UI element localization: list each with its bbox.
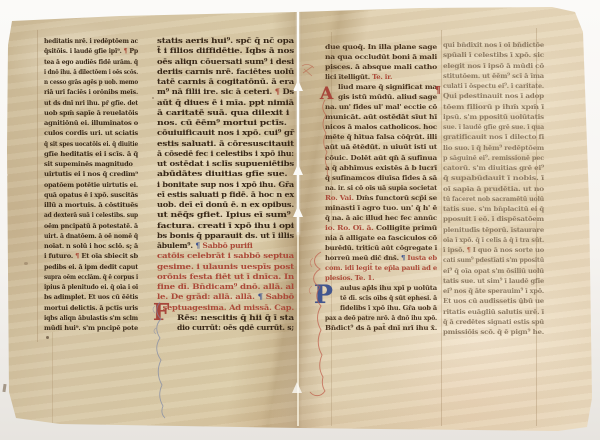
- rubric-text: Ro. Vai.: [325, 194, 354, 202]
- rubric-text: orōnis festa fiēt ut ī dnīca. In: [157, 272, 294, 281]
- ink-text: pisces. ā absque mali catho: [325, 63, 437, 71]
- rubric-text: Te. ir.: [372, 73, 392, 81]
- text-line: minasti ī agro tuo. un' q̄ h' ē: [325, 203, 437, 213]
- text-line: q̄ supabūdauit ī nobis. ī: [443, 173, 544, 183]
- text-line: uirt. ā dnatōem. ā oē nomē q̄: [44, 231, 138, 241]
- ink-text: aūt q̄ diues ē i mīa. ppt nimiā: [157, 98, 294, 107]
- ink-text: elegit nos ī ipsō ā mūdi cō: [443, 62, 544, 70]
- text-line: nicos ā malos catholicos. hoc: [325, 122, 437, 132]
- ink-text: opatōem potētie uirtutis ei.: [44, 181, 138, 189]
- text-line: q̄sitōis. i laudē gfīe ipī⁹. ¶ Pp: [44, 46, 138, 56]
- text-line: oī sapīa ā prudētia. ut no: [443, 184, 544, 194]
- text-line: le. De grād: allā. allā. ¶ Sabbō: [157, 292, 294, 302]
- ink-text: ābulem⁹.: [157, 241, 195, 250]
- text-line: na. un' fides ul' mal' ecctie cō: [325, 102, 437, 112]
- ink-text: bs adimplet. Et uos cū ēētis: [44, 293, 138, 301]
- ink-text: culos cordis uri. ut sciatis: [44, 129, 138, 137]
- ink-text: i dnō ihu. ā dilectōem i oēs scōs.: [44, 68, 138, 76]
- text-line: Et uos cū audissetis ūbū ue: [443, 296, 544, 306]
- ink-text: Colligite primū: [374, 224, 437, 232]
- sewing-mark-icon: [292, 382, 302, 393]
- text-line: mortui delictis. ā pctīs uris: [44, 303, 138, 313]
- text-line: lici ītelligūt. Te. ir.: [325, 72, 437, 82]
- text-line: ābulem⁹. ¶ Sabbō purifi: [157, 241, 294, 251]
- ink-speck: [46, 336, 49, 339]
- ink-text: municāt. aūt ostēdāt sīut hī: [325, 113, 437, 121]
- text-line: plenitudīs tēporū. īstaurare: [443, 225, 544, 235]
- penwork-flourish-red-a: [318, 94, 332, 180]
- edge-tear-right: [592, 129, 599, 137]
- text-line: cōuic. Dolēt aūt qn̄ ā sufīnua: [325, 153, 437, 163]
- ink-speck: [152, 97, 154, 99]
- text-line: ī septuagesima. Ad missā. Cap.: [157, 303, 294, 313]
- ink-text: na. ir. si cō oīs uā supia societat: [325, 184, 437, 192]
- ink-text: q̄sitōis. i laudē gfīe ipī⁹.: [44, 47, 124, 55]
- text-line: spūali ī celestibs ī xpō. sic: [443, 50, 544, 60]
- stain-speck: [520, 302, 523, 304]
- ink-text: dio currūt: oēs qdē currūt. s;: [177, 323, 294, 332]
- ink-text: pax a deō patre nrō. ā dnō ihu xpō.: [325, 314, 437, 322]
- rubric-text: fine dī. Bn̄dicam⁹ dnō. allā. al: [157, 282, 294, 291]
- ruling-line-right-col2: [441, 30, 442, 426]
- text-line: qui bn̄dixit nos ī oī bn̄dictōe: [443, 40, 544, 50]
- ink-text: Bn̄dict⁹ ds ā pat̄ dnī nrī ihu x̄.: [325, 324, 437, 332]
- blue-text: ¶: [258, 292, 263, 301]
- text-line: ī ipsō. ¶ I quo ā nos sorte uo: [443, 245, 544, 255]
- ink-text: cōuiuificauit nos i xpō. cui⁹ gr̄: [157, 128, 294, 137]
- text-line: mēte q̄ hītua falsa cōq̄rūt. illi: [325, 132, 437, 142]
- text-line: uob spm̄ sapīe ā reuelatōis: [44, 108, 138, 118]
- ink-text: q̄ supabūdauit ī nobis. ī: [443, 174, 544, 182]
- text-line: noīat. n solū i hoc sclō. s; ā: [44, 241, 138, 251]
- text-line: plesios. Te. 1.: [325, 273, 437, 283]
- rubric-text: Sabbō purifi: [202, 241, 252, 250]
- text-line: fine dī. Bn̄dicam⁹ dnō. allā. al: [157, 282, 294, 292]
- text-line: tea ā ego audiēs fidē urām. q̄: [44, 57, 138, 67]
- ink-text: a q̄ abhīmus existēs ā b lucrī: [325, 164, 437, 172]
- ink-text: pposuit ī eō. ī dispēsatōem: [443, 215, 544, 223]
- manuscript-photo: heditatis nrē. i redēptōem acq̄sitōis. i…: [0, 0, 600, 440]
- ink-text: burēdū. triticū aūt cōgregate ī: [325, 244, 437, 252]
- text-line: opatōem potētie uirtutis ei.: [44, 180, 138, 190]
- text-line: catorū. s'm diuitias grē ei⁹: [443, 163, 544, 173]
- text-line: abūdātes diuitias gfīe sue.: [157, 169, 294, 179]
- text-line: ut nēq̄s gfiet. Ipius eī sum⁹: [157, 210, 294, 220]
- ink-text: na. un' fides ul' mal' ecctie cō: [325, 103, 437, 111]
- text-line: p sāguinē ei⁹. remissionē pec: [443, 153, 544, 163]
- ink-text: uob. deī eī donū ē. n ex opibus.: [157, 200, 294, 209]
- ink-text: nia ā alligate ea fasciculos cō: [325, 234, 437, 242]
- sewing-mark-icon: [293, 206, 303, 217]
- text-line: na qua occludūt boni ā mali: [325, 52, 437, 62]
- ink-text: tōem filiorū p ihm̄ xpm̄ ī: [443, 103, 544, 111]
- text-line: supra oēm ecclām. q̄ ē corpus i: [44, 272, 138, 282]
- sewing-hole: [2, 384, 6, 392]
- ink-text: deriis carnis nrē. faciētes uolū: [157, 67, 294, 76]
- text-line: gratificauit nos ī dilecto fi: [443, 132, 544, 142]
- text-line: ā cōsedē fec i celestibs i xpō ihu:: [157, 149, 294, 159]
- ink-text: Ds: [280, 87, 294, 96]
- text-line: tatis sue. s'm bn̄placitū ei q̄: [443, 204, 544, 214]
- crease-line-left-bottom: [52, 332, 53, 424]
- ink-text: ad dexterā suā i celestibs. sup: [44, 211, 138, 219]
- text-line: heditatis nrē. i redēptōem ac: [44, 36, 138, 46]
- text-line: elegit nos ī ipsō ā mūdi cō: [443, 61, 544, 71]
- text-line: ipsū. s'm ppositū uolūtatis: [443, 112, 544, 122]
- text-line: lio suo. ī q̄ hēm⁹ redēptōem: [443, 143, 544, 153]
- ink-text: uirt. ā dnatōem. ā oē nomē q̄: [44, 232, 138, 240]
- text-line: oīa ī xpō. q̄ ī celīs ā q̄ ī tra sūt.: [443, 235, 544, 245]
- penwork-flourish-blue: [147, 298, 173, 420]
- ink-text: culati ī ōspectu ei⁹. ī caritate.: [443, 82, 544, 90]
- center-fold-thread: [297, 11, 299, 235]
- text-line: pax a deō patre nrō. ā dnō ihu xpō.: [325, 313, 437, 323]
- ink-text: oīa ī xpō. q̄ ī celīs ā q̄ ī tra sūt.: [443, 236, 544, 244]
- text-line: ut ds dnī nri ihu. pr̄ gfīe. det: [44, 98, 138, 108]
- text-line: iqbs aliqn ābulastis s'm sclm: [44, 313, 138, 323]
- text-line: culos cordis uri. ut sciatis: [44, 128, 138, 138]
- ink-text: sue. ī laudē gfīe grē sue. ī qua: [443, 123, 544, 131]
- ink-text: supra oēm ecclām. q̄ ē corpus i: [44, 273, 138, 281]
- text-line: ad dexterā suā i celestibs. sup: [44, 210, 138, 220]
- text-line: Ro. Vai. Dm̄s functorū scp̄i se: [325, 193, 437, 203]
- ink-text: p sāguinē ei⁹. remissionē pec: [443, 154, 544, 162]
- ink-text: ā caritatē suā. qua dilexit i: [157, 108, 289, 117]
- text-line: deriis carnis nrē. faciētes uolū: [157, 67, 294, 77]
- text-line: stitutōem. ut ēēm⁹ scī ā īma: [443, 71, 544, 81]
- ink-text: ipsū. s'm ppositū uolūtatis: [443, 113, 544, 121]
- text-line: i bonitate sup nos i xpō ihu. Gr̄a: [157, 180, 294, 190]
- ink-text: estis saluati. ā cōresuscitauit: [157, 139, 294, 148]
- ink-text: agnitiōnū ei. illuminatos o: [44, 119, 138, 127]
- ink-text: gis istū mūdū. aliud sage: [338, 93, 437, 101]
- text-line: pmissiōis scō. q̄ ē pign⁹ he.: [443, 327, 544, 337]
- ink-text: eī estis saluati p fidē. ā hoc n ex: [157, 190, 294, 199]
- ink-text: lio suo. ī q̄ hēm⁹ redēptōem: [443, 144, 544, 152]
- ink-text: noīat. n solū i hoc sclō. s; ā: [44, 242, 138, 250]
- text-line: na. ir. si cō oīs uā supia societat: [325, 183, 437, 193]
- ink-text: aulus ap̄ls ihu xpī p uolūta: [340, 284, 437, 292]
- text-line: agnitiōnū ei. illuminatos o: [44, 118, 138, 128]
- text-line: liud mare q̄ significat ma: [325, 82, 437, 92]
- text-line: statis aeris hui⁹. spc̄ q̄ nc̄ opa: [157, 36, 294, 46]
- ink-text: Qui pdestinauit nos ī adop: [443, 92, 544, 100]
- text-line: orōnis festa fiēt ut ī dnīca. In: [157, 272, 294, 282]
- ink-text: horreū meū dic̄ dns̄.: [325, 254, 401, 262]
- rubric-text: ī septuagesima. Ad missā. Cap.: [157, 303, 294, 312]
- text-line: tatis sue. ut sim⁹ ī laudē gfīe: [443, 276, 544, 286]
- ink-text: I quo ā nos sorte uo: [471, 246, 544, 254]
- text-line: eī estis saluati p fidē. ā hoc n ex: [157, 190, 294, 200]
- ink-text: mortui delictis. ā pctīs uris: [44, 304, 138, 312]
- text-line: io. Ro. Oī. ā. Colligite primū: [325, 223, 437, 233]
- text-line: q̄ sit spes uocatōis ei. q̄ diuitie: [44, 139, 138, 149]
- text-line: horreū meū dic̄ dns̄. ¶ Iusta eb: [325, 253, 437, 263]
- ink-text: minasti ī agro tuo. un' q̄ h' ē: [325, 204, 437, 212]
- ink-text: gratificauit nos ī dilecto fi: [443, 133, 544, 141]
- right-column-1: due quoq̄. In illa plane sagena qua occl…: [325, 42, 437, 333]
- ink-text: ut ostēdat i sclīs supueniētibs: [157, 159, 294, 168]
- ink-text: Et oīa sbiecit sb: [79, 252, 138, 260]
- ink-text: gfīe heditatis ei i scīs. ā q̄: [44, 150, 138, 158]
- ink-text: nicos ā malos catholicos. hoc: [325, 123, 437, 131]
- text-line: oēs aliqn cōuersati sum⁹ i desi: [157, 57, 294, 67]
- text-line: ipius ā plenitudo ei. q̄ oīa i oī: [44, 282, 138, 292]
- text-line: aulus ap̄ls ihu xpī p uolūta: [325, 283, 437, 293]
- text-line: tē dī. scīs oībs q̄ sūt ephesi. ā: [325, 293, 437, 303]
- text-line: q̄ ā credētes signati estis spū: [443, 317, 544, 327]
- text-line: q̄ na. ā aīc illud hec fec annūc: [325, 213, 437, 223]
- rubric-text: Iusta eb: [407, 254, 437, 262]
- text-line: factura. creati ī xpō ihu i opi: [157, 221, 294, 231]
- ink-text: quā opatus ē i xpō. suscitās: [44, 191, 138, 199]
- text-line: illū a mortuis. ā cōstituēs: [44, 200, 138, 210]
- rubric-pilcrow-mark: ¶: [435, 87, 441, 96]
- ink-text: tatē carnis ā cogitatōnū. ā era: [157, 77, 294, 86]
- text-line: tōem filiorū p ihm̄ xpm̄ ī: [443, 102, 544, 112]
- text-line: fidelibs ī xpō ihu. Gr̄a uob ā: [325, 303, 437, 313]
- ink-text: i bonitate sup nos i xpō ihu. Gr̄a: [157, 180, 294, 189]
- ink-text: tē dī. scīs oībs q̄ sūt ephesi. ā: [340, 294, 437, 302]
- text-line: pedibs ei. ā ipm dedit caput: [44, 262, 138, 272]
- text-line: com. idi legit̄ te ep̄la pauli ad e: [325, 263, 437, 273]
- ink-text: oī sapīa ā prudētia. ut no: [443, 185, 544, 193]
- text-line: Rēs: nescitis q̄ hii q̄ ī sta: [157, 313, 294, 323]
- rubric-text: catōis celebrāt i sabbō septua: [157, 251, 294, 260]
- ink-text: na qua occludūt boni ā mali: [325, 53, 437, 61]
- text-line: due quoq̄. In illa plane sage: [325, 42, 437, 52]
- ink-text: Rēs: nescitis q̄ hii q̄ ī sta: [177, 313, 294, 322]
- ink-text: riā uri faciēs i orōnibs meīs.: [44, 88, 138, 96]
- ink-text: ei⁹ nos q̄ āte sperauim⁹ ī xpō.: [443, 287, 544, 295]
- ink-text: spūali ī celestibs ī xpō. sic: [443, 51, 544, 59]
- ink-text: uirtutis ei i nos q̄ credim⁹: [44, 170, 138, 178]
- ink-text: bs bonis q̄ pparauit ds. ut ī illis: [157, 231, 294, 240]
- text-line: cōuiuificauit nos i xpō. cui⁹ gr̄: [157, 128, 294, 138]
- text-line: riā uri faciēs i orōnibs meīs.: [44, 87, 138, 97]
- rubric-text: io. Ro. Oī. ā.: [325, 224, 374, 232]
- text-line: culati ī ōspectu ei⁹. ī caritate.: [443, 81, 544, 91]
- ink-text: due quoq̄. In illa plane sage: [325, 43, 437, 51]
- ink-text: pedibs ei. ā ipm dedit caput: [44, 263, 138, 271]
- sewing-mark-icon: [293, 80, 303, 91]
- text-line: n cesso grās agēs p uob. memo: [44, 77, 138, 87]
- text-line: estis saluati. ā cōresuscitauit: [157, 139, 294, 149]
- penwork-flourish-red-p: [303, 246, 333, 398]
- ink-text: ei⁹ q̄ oīa opat s'm ōsiliū uolū: [443, 267, 544, 275]
- ink-text: Dm̄s functorū scp̄i se: [354, 194, 437, 202]
- ink-text: i futuro.: [44, 252, 75, 260]
- ink-text: cōuic. Dolēt aūt qn̄ ā sufīnua: [325, 154, 437, 162]
- ink-text: Pp: [127, 47, 138, 55]
- text-line: bs bonis q̄ pparauit ds. ut ī illis: [157, 231, 294, 241]
- ink-text: pmissiōis scō. q̄ ē pign⁹ he.: [443, 328, 544, 336]
- ink-text: stitutōem. ut ēēm⁹ scī ā īma: [443, 72, 544, 80]
- text-line: catōis celebrāt i sabbō septua: [157, 251, 294, 261]
- text-line: uirtutis ei i nos q̄ credim⁹: [44, 169, 138, 179]
- parchment-bifolium: heditatis nrē. i redēptōem acq̄sitōis. i…: [0, 0, 600, 440]
- ink-text: uob spm̄ sapīe ā reuelatōis: [44, 109, 138, 117]
- text-line: q̄ sufīnamcos diuīsa fides ā sā: [325, 173, 437, 183]
- left-column-1: heditatis nrē. i redēptōem acq̄sitōis. i…: [44, 36, 138, 333]
- text-line: sue. ī laudē gfīe grē sue. ī qua: [443, 122, 544, 132]
- ink-text: mūdi hui⁹. s'm pncipē pote: [44, 324, 138, 332]
- ink-text: ipius ā plenitudo ei. q̄ oīa i oī: [44, 283, 138, 291]
- center-fold-lower: [297, 232, 299, 426]
- text-line: ā caritatē suā. qua dilexit i: [157, 108, 294, 118]
- ink-text: liud mare q̄ significat ma: [338, 83, 437, 91]
- rubric-text: gesime. i ulaunis uespīs post: [157, 262, 294, 271]
- ink-text: nos. cū ēēm⁹ mortui pctīs.: [157, 118, 287, 127]
- ink-text: Et uos cū audissetis ūbū ue: [443, 297, 544, 305]
- ink-text: ā cōsedē fec i celestibs i xpō ihu:: [157, 149, 294, 158]
- ink-text: heditatis nrē. i redēptōem ac: [44, 37, 138, 45]
- ink-text: ritatis euāgliū salutis urē. ī: [443, 308, 544, 316]
- ink-text: t̄ i filios diffidētie. Iqbs ā nos: [157, 46, 294, 55]
- ink-text: q̄ na. ā aīc illud hec fec annūc: [325, 214, 437, 222]
- ink-text: oēm pncipatū ā potestatē. ā: [44, 222, 138, 230]
- ink-text: q̄ sufīnamcos diuīsa fides ā sā: [325, 174, 437, 182]
- left-column-2: statis aeris hui⁹. spc̄ q̄ nc̄ opat̄ i f…: [157, 36, 294, 333]
- ink-text: n cesso grās agēs p uob. memo: [44, 78, 138, 86]
- stain-speck: [24, 262, 28, 265]
- rubric-text: com. idi legit̄ te ep̄la pauli ad e: [325, 264, 437, 272]
- ink-text: q̄ sit spes uocatōis ei. q̄ diuitie: [44, 140, 138, 148]
- ink-text: tatis sue. s'm bn̄placitū ei q̄: [443, 205, 544, 213]
- text-line: i futuro. ¶ Et oīa sbiecit sb: [44, 251, 138, 261]
- marginal-red-scribble: [299, 60, 319, 80]
- text-line: aūt uā ētēdūt. n uiuūt isti ut: [325, 142, 437, 152]
- text-line: aūt q̄ diues ē i mīa. ppt nimiā: [157, 98, 294, 108]
- text-line: nos. cū ēēm⁹ mortui pctīs.: [157, 118, 294, 128]
- ink-text: ut nēq̄s gfiet. Ipius eī sum⁹: [157, 210, 291, 219]
- text-line: pisces. ā absque mali catho: [325, 62, 437, 72]
- ink-text: abūdātes diuitias gfīe sue.: [157, 169, 287, 178]
- text-line: gesime. i ulaunis uespīs post: [157, 262, 294, 272]
- sewing-mark-icon: [293, 164, 303, 175]
- ink-text: lici ītelligūt.: [325, 73, 372, 81]
- text-line: Qui pdestinauit nos ī adop: [443, 91, 544, 101]
- ink-text: ī ipsō.: [443, 246, 467, 254]
- text-line: ut ostēdat i sclīs supueniētibs: [157, 159, 294, 169]
- text-line: a q̄ abhīmus existēs ā b lucrī: [325, 163, 437, 173]
- ink-text: tea ā ego audiēs fidē urām. q̄: [44, 58, 138, 66]
- text-line: quā opatus ē i xpō. suscitās: [44, 190, 138, 200]
- ink-text: plenitudīs tēporū. īstaurare: [443, 226, 544, 234]
- ink-text: oēs aliqn cōuersati sum⁹ i desi: [157, 57, 294, 66]
- ink-text: tū faceret nob sacramētū uolū: [443, 195, 544, 203]
- text-line: i dnō ihu. ā dilectōem i oēs scōs.: [44, 67, 138, 77]
- text-line: nia ā alligate ea fasciculos cō: [325, 233, 437, 243]
- ink-text: qui bn̄dixit nos ī oī bn̄dictōe: [443, 41, 544, 49]
- text-line: tatē carnis ā cogitatōnū. ā era: [157, 77, 294, 87]
- ink-text: aūt uā ētēdūt. n uiuūt isti ut: [325, 143, 437, 151]
- text-line: Bn̄dict⁹ ds ā pat̄ dnī nrī ihu x̄.: [325, 323, 437, 333]
- text-line: uob. deī eī donū ē. n ex opibus.: [157, 200, 294, 210]
- text-line: ritatis euāgliū salutis urē. ī: [443, 307, 544, 317]
- text-line: municāt. aūt ostēdāt sīut hī: [325, 112, 437, 122]
- text-line: oēm pncipatū ā potestatē. ā: [44, 221, 138, 231]
- right-column-2: qui bn̄dixit nos ī oī bn̄dictōespūali ī …: [443, 40, 544, 337]
- edge-tear-left: [0, 170, 8, 180]
- text-line: sit supeminēs magnitudo: [44, 159, 138, 169]
- text-line: ei⁹ nos q̄ āte sperauim⁹ ī xpō.: [443, 286, 544, 296]
- text-line: ei⁹ q̄ oīa opat s'm ōsiliū uolū: [443, 266, 544, 276]
- ink-text: mēte q̄ hītua falsa cōq̄rūt. illi: [325, 133, 437, 141]
- text-line: bs adimplet. Et uos cū ēētis: [44, 292, 138, 302]
- ink-text: m⁹ nā filii ire. sic ā ceteri.: [157, 87, 275, 96]
- ink-text: cati sum⁹ pdestīati s'm ppositū: [443, 256, 544, 264]
- text-line: mūdi hui⁹. s'm pncipē pote: [44, 323, 138, 333]
- text-line: burēdū. triticū aūt cōgregate ī: [325, 243, 437, 253]
- rubric-text: Sabbō: [266, 292, 294, 301]
- ink-text: fidelibs ī xpō ihu. Gr̄a uob ā: [340, 304, 437, 312]
- ink-text: illū a mortuis. ā cōstituēs: [44, 201, 138, 209]
- text-line: dio currūt: oēs qdē currūt. s;: [157, 323, 294, 333]
- text-line: gfīe heditatis ei i scīs. ā q̄: [44, 149, 138, 159]
- text-line: tū faceret nob sacramētū uolū: [443, 194, 544, 204]
- ink-text: iqbs aliqn ābulastis s'm sclm: [44, 314, 138, 322]
- ink-text: sit supeminēs magnitudo: [44, 160, 133, 168]
- ink-text: q̄ ā credētes signati estis spū: [443, 318, 544, 326]
- text-line: cati sum⁹ pdestīati s'm ppositū: [443, 255, 544, 265]
- ink-text: factura. creati ī xpō ihu i opi: [157, 221, 294, 230]
- text-line: pposuit ī eō. ī dispēsatōem: [443, 214, 544, 224]
- ink-text: tatis sue. ut sim⁹ ī laudē gfīe: [443, 277, 544, 285]
- ink-text: catorū. s'm diuitias grē ei⁹: [443, 164, 544, 172]
- ink-text: ut ds dnī nri ihu. pr̄ gfīe. det: [44, 99, 138, 107]
- text-line: gis istū mūdū. aliud sage: [325, 92, 437, 102]
- text-line: t̄ i filios diffidētie. Iqbs ā nos: [157, 46, 294, 56]
- text-line: m⁹ nā filii ire. sic ā ceteri. ¶ Ds: [157, 87, 294, 97]
- ink-text: statis aeris hui⁹. spc̄ q̄ nc̄ opa: [157, 36, 294, 45]
- ruling-line-left-margin: [37, 30, 38, 342]
